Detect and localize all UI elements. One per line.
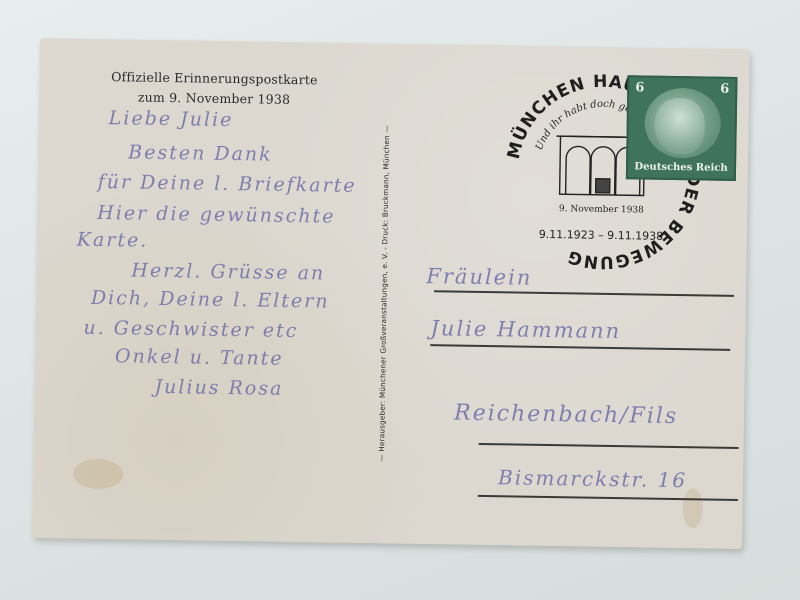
postmark-dates: 9.11.1923 – 9.11.1938 bbox=[539, 228, 664, 243]
publisher-divider: — Herausgeber: Münchener Großveranstaltu… bbox=[371, 69, 398, 517]
address-line: Reichenbach/Fils bbox=[454, 401, 678, 430]
portrait-icon bbox=[654, 98, 705, 155]
stain bbox=[73, 459, 123, 490]
message-line: für Deine l. Briefkarte bbox=[98, 171, 357, 197]
address-rule bbox=[434, 290, 734, 296]
message-line: Julius Rosa bbox=[154, 376, 283, 400]
postage-stamp: 6 6 Deutsches Reich bbox=[626, 75, 738, 181]
address-line: Bismarckstr. 16 bbox=[498, 465, 687, 492]
postcard: Offizielle Erinnerungspostkarte zum 9. N… bbox=[32, 38, 750, 549]
postmark-caption: 9. November 1938 bbox=[559, 204, 644, 215]
stain bbox=[682, 488, 703, 528]
stamp-country: Deutsches Reich bbox=[628, 161, 734, 174]
stamp-value-left: 6 bbox=[635, 80, 644, 95]
address-rule bbox=[479, 443, 739, 449]
message-line: Onkel u. Tante bbox=[115, 345, 284, 370]
message-line: u. Geschwister etc bbox=[83, 317, 298, 342]
printed-title: Offizielle Erinnerungspostkarte zum 9. N… bbox=[99, 67, 330, 111]
address-rule bbox=[430, 344, 730, 350]
address-line: Fräulein bbox=[426, 264, 532, 290]
title-line-1: Offizielle Erinnerungspostkarte bbox=[99, 67, 329, 91]
message-line: Besten Dank bbox=[128, 141, 273, 165]
stamp-value-right: 6 bbox=[720, 82, 729, 97]
publisher-text: — Herausgeber: Münchener Großveranstaltu… bbox=[377, 125, 391, 461]
address-line: Julie Hammann bbox=[430, 316, 621, 343]
message-line: Dich, Deine l. Eltern bbox=[91, 287, 330, 313]
message-line: Hier die gewünschte bbox=[97, 202, 336, 228]
message-line: Liebe Julie bbox=[109, 107, 234, 131]
message-line: Karte. bbox=[77, 229, 149, 252]
message-line: Herzl. Grüsse an bbox=[131, 259, 325, 284]
